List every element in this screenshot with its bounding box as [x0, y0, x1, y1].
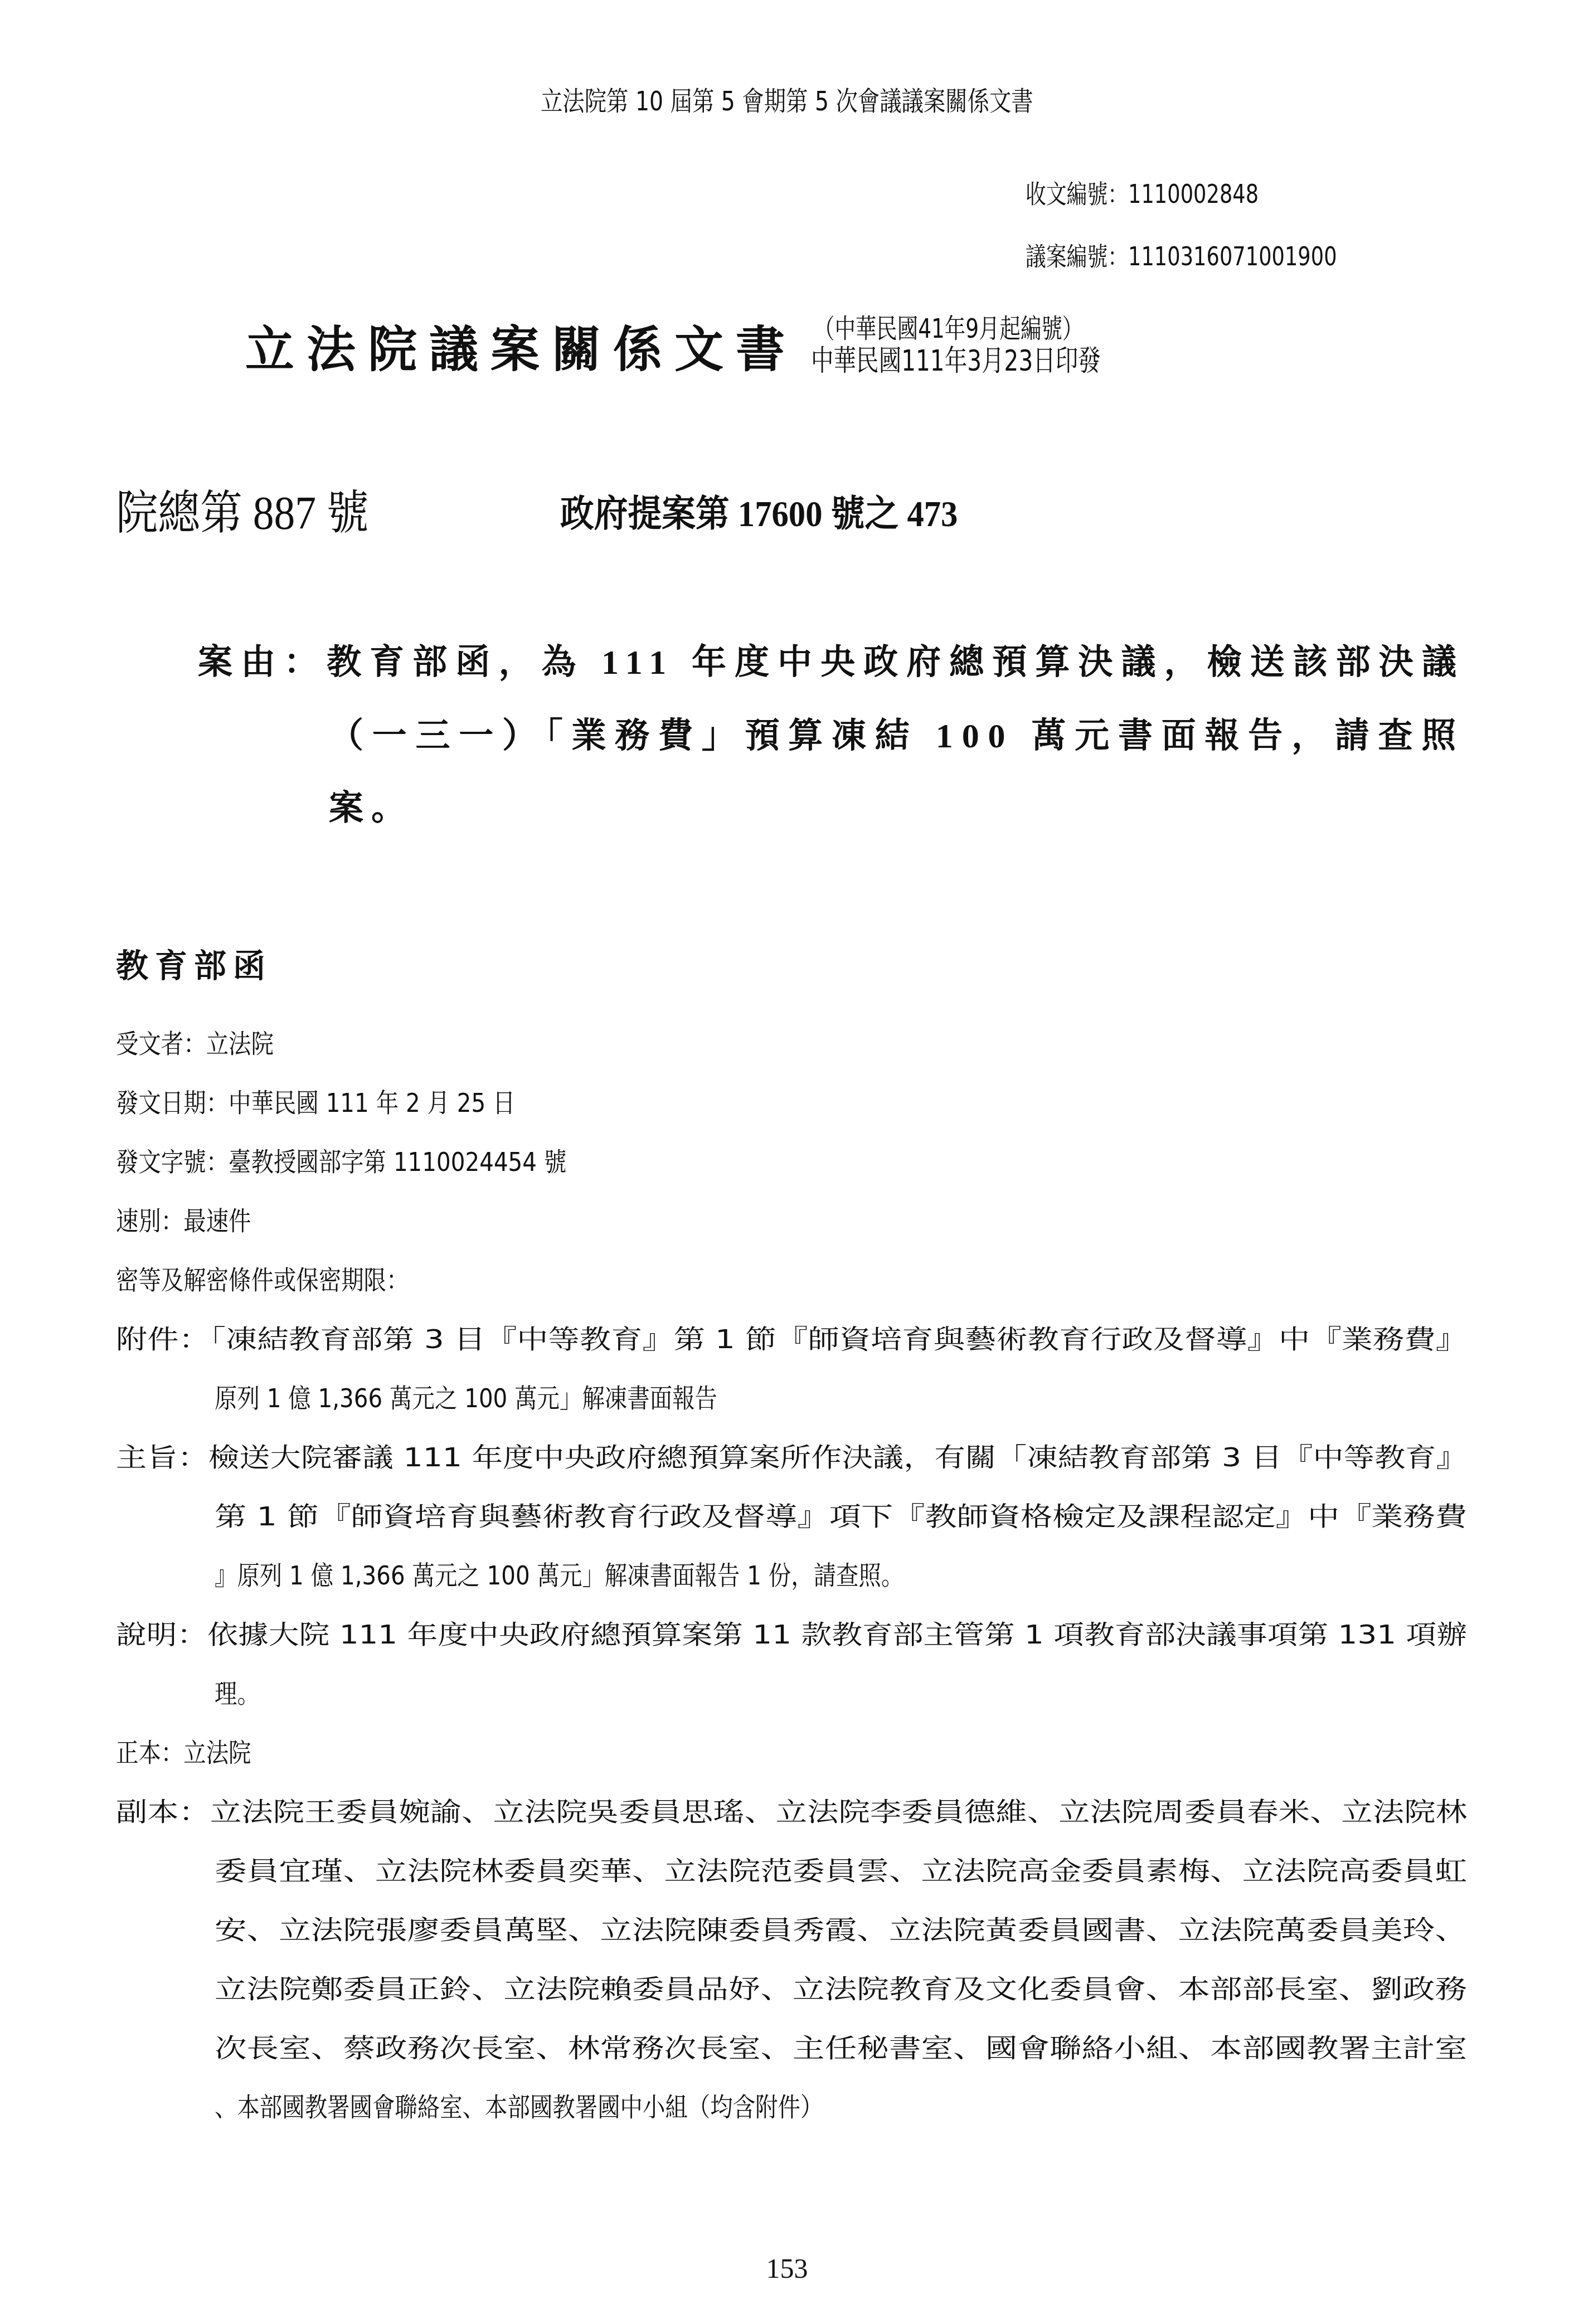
letter-line: 』原列 1 億 1,366 萬元之 100 萬元」解凍書面報告 1 份，請查照。 — [215, 1563, 1016, 1589]
letter-line: 安、立法院張廖委員萬堅、立法院陳委員秀霞、立法院黃委員國書、立法院萬委員美玲、 — [215, 1917, 1236, 1943]
letter-line: 發文日期：中華民國 111 年 2 月 25 日 — [116, 1090, 580, 1116]
letter-line: 附件：「凍結教育部第 3 目『中等教育』第 1 節『師資培育與藝術教育行政及督導… — [116, 1326, 1243, 1353]
letter-line: 理。 — [215, 1681, 267, 1707]
print-date: 中華民國111年3月23日印發 — [811, 347, 1183, 376]
receipt-number-value: 1110002848 — [1128, 179, 1259, 209]
receipt-number-label: 收文編號 — [1026, 179, 1107, 209]
letter-line: 次長室、蔡政務次長室、林常務次長室、主任秘書室、國會聯絡小組、本部國教署主計室 — [215, 2035, 1236, 2062]
sender-heading: 教育部函 — [116, 950, 272, 983]
letter-line: 發文字號：臺教授國部字第 1110024454 號 — [116, 1149, 640, 1175]
letter-line: 主旨：檢送大院審議 111 年度中央政府總預算案所作決議，有關「凍結教育部第 3… — [116, 1445, 1264, 1471]
letter-line: 立法院鄭委員正鈴、立法院賴委員品妤、立法院教育及文化委員會、本部部長室、劉政務 — [215, 1976, 1236, 2002]
letter-line: 第 1 節『師資培育與藝術教育行政及督導』項下『教師資格檢定及課程認定』中『業務… — [215, 1504, 1243, 1530]
letter-line: 委員宜瑾、立法院林委員奕華、立法院范委員雲、立法院高金委員素梅、立法院高委員虹 — [215, 1858, 1236, 1884]
running-header-text: 立法院第 10 屆第 5 會期第 5 次會議議案關係文書 — [541, 88, 1033, 115]
document-title: 立法院議案關係文書 — [245, 326, 797, 375]
letter-line: 說明：依據大院 111 年度中央政府總預算案第 11 款教育部主管第 1 項教育… — [116, 1622, 1276, 1648]
letter-line: 、本部國教署國會聯絡室、本部國教署國中小組（均含附件） — [215, 2094, 922, 2121]
bill-number-label: 議案編號 — [1026, 241, 1107, 271]
receipt-number: 收文編號：1110002848 — [1026, 181, 1317, 207]
letter-line: 密等及解密條件或保密期限： — [116, 1267, 456, 1294]
subject-line: （一三一）「業務費」預算凍結 100 萬元書面報告，請查照 — [329, 719, 1465, 753]
subject-line: 案由：教育部函，為 111 年度中央政府總預算決議，檢送該部決議 — [198, 645, 1465, 680]
bill-number: 議案編號：1110316071001900 — [1026, 244, 1415, 269]
bill-number-value: 1110316071001900 — [1128, 241, 1337, 271]
general-number: 院總第 887 號 — [116, 490, 397, 537]
letter-line: 原列 1 億 1,366 萬元之 100 萬元」解凍書面報告 — [215, 1385, 799, 1412]
numbering-note: （中華民國41年9月起編號） — [814, 315, 1159, 342]
letter-line: 受文者：立法院 — [116, 1031, 299, 1057]
running-header: 立法院第 10 屆第 5 會期第 5 次會議議案關係文書 — [0, 88, 1574, 115]
proposal-number: 政府提案第 17600 號之 473 — [560, 496, 993, 533]
letter-line: 速別：最速件 — [116, 1208, 273, 1234]
letter-line: 副本：立法院王委員婉諭、立法院吳委員思瑤、立法院李委員德維、立法院周委員春米、立… — [116, 1799, 1242, 1825]
page-number: 153 — [0, 2254, 1574, 2282]
letter-line: 正本：立法院 — [116, 1740, 273, 1766]
subject-line: 案。 — [329, 791, 414, 826]
